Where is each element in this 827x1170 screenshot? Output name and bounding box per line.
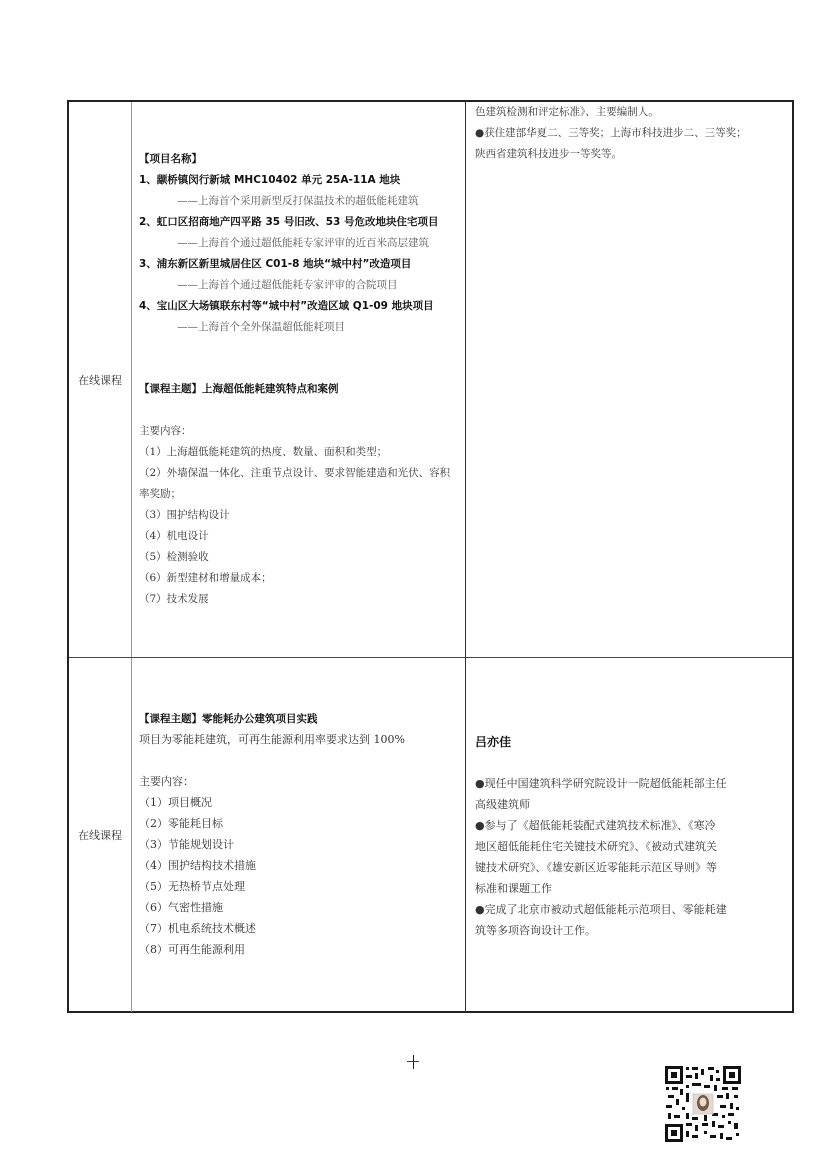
content-item: （7）技术发展 xyxy=(139,589,209,610)
content-item: （4）围护结构技术措施 xyxy=(139,856,256,877)
instructor-cell: 吕亦佳 ●现任中国建筑科学研究院设计一院超低能耗部主任 高级建筑师 ●参与了《超… xyxy=(467,658,794,1012)
instructor-bio-line: 色建筑检测和评定标准》、主要编制人。 xyxy=(475,102,659,123)
document-page: 在线课程 【项目名称】 1、颛桥镇闵行新城 MHC10402 单元 25A-11… xyxy=(0,0,827,1170)
instructor-bio-line: 陕西省建筑科技进步一等奖等。 xyxy=(475,144,622,165)
content-item: （5）检测验收 xyxy=(139,547,209,568)
project-note: ——上海首个通过超低能耗专家评审的合院项目 xyxy=(177,275,398,296)
content-item: （1）项目概况 xyxy=(139,793,212,814)
row-label: 在线课程 xyxy=(69,102,132,657)
course-topic: 【课程主题】上海超低能耗建筑特点和案例 xyxy=(139,379,339,400)
instructor-bio-line: 标准和课题工作 xyxy=(475,879,552,900)
project-note: ——上海首个全外保温超低能耗项目 xyxy=(177,317,345,338)
content-item: 率奖励； xyxy=(139,484,181,505)
content-item: （4）机电设计 xyxy=(139,526,209,547)
qr-code-icon[interactable] xyxy=(664,1065,742,1143)
content-heading: 主要内容： xyxy=(139,421,192,442)
instructor-bio-line: ●参与了《超低能耗装配式建筑技术标准》、《寒冷 xyxy=(475,816,716,837)
content-heading: 主要内容： xyxy=(139,772,194,793)
instructor-bio-line: ●完成了北京市被动式超低能耗示范项目、零能耗建 xyxy=(475,900,727,921)
table-row: 在线课程 【项目名称】 1、颛桥镇闵行新城 MHC10402 单元 25A-11… xyxy=(69,102,792,657)
content-item: （6）气密性措施 xyxy=(139,898,223,919)
instructor-bio-line: 地区超低能耗住宅关键技术研究》、《被动式建筑关 xyxy=(475,837,717,858)
project-title: 2、虹口区招商地产四平路 35 号旧改、53 号危改地块住宅项目 xyxy=(139,212,439,233)
project-note: ——上海首个采用新型反打保温技术的超低能耗建筑 xyxy=(177,191,419,212)
content-item: （1）上海超低能耗建筑的热度、数量、面积和类型； xyxy=(139,442,387,463)
course-details-cell: 【课程主题】零能耗办公建筑项目实践 项目为零能耗建筑，可再生能源利用率要求达到 … xyxy=(133,658,466,1012)
project-title: 1、颛桥镇闵行新城 MHC10402 单元 25A-11A 地块 xyxy=(139,170,400,191)
content-item: （6）新型建材和增量成本； xyxy=(139,568,272,589)
content-item: （8）可再生能源利用 xyxy=(139,940,245,961)
row-label: 在线课程 xyxy=(69,658,132,1012)
content-item: （2）零能耗目标 xyxy=(139,814,223,835)
content-item: （2）外墙保温一体化、注重节点设计、要求智能建造和光伏、容积 xyxy=(139,463,450,484)
course-description: 项目为零能耗建筑，可再生能源利用率要求达到 100% xyxy=(139,730,405,751)
instructor-bio-line: 高级建筑师 xyxy=(475,795,530,816)
course-details-cell: 【项目名称】 1、颛桥镇闵行新城 MHC10402 单元 25A-11A 地块 … xyxy=(133,102,466,657)
instructor-bio-line: 键技术研究》、《雄安新区近零能耗示范区导则》等 xyxy=(475,858,717,879)
project-note: ——上海首个通过超低能耗专家评审的近百米高层建筑 xyxy=(177,233,429,254)
plus-mark-icon xyxy=(407,1055,419,1069)
instructor-bio-line: 筑等多项咨询设计工作。 xyxy=(475,921,596,942)
project-title: 3、浦东新区新里城居住区 C01-8 地块“城中村”改造项目 xyxy=(139,254,411,275)
instructor-bio-line: ●获住建部华夏二、三等奖；上海市科技进步二、三等奖； xyxy=(475,123,747,144)
content-item: （5）无热桥节点处理 xyxy=(139,877,245,898)
course-topic: 【课程主题】零能耗办公建筑项目实践 xyxy=(139,709,318,730)
project-title: 4、宝山区大场镇联东村等“城中村”改造区域 Q1-09 地块项目 xyxy=(139,296,434,317)
content-item: （7）机电系统技术概述 xyxy=(139,919,256,940)
instructor-cell: 色建筑检测和评定标准》、主要编制人。 ●获住建部华夏二、三等奖；上海市科技进步二… xyxy=(467,102,794,657)
content-item: （3）围护结构设计 xyxy=(139,505,230,526)
table-row: 在线课程 【课程主题】零能耗办公建筑项目实践 项目为零能耗建筑，可再生能源利用率… xyxy=(69,657,792,1012)
instructor-name: 吕亦佳 xyxy=(475,732,511,753)
projects-heading: 【项目名称】 xyxy=(139,149,202,170)
instructor-bio-line: ●现任中国建筑科学研究院设计一院超低能耗部主任 xyxy=(475,774,727,795)
course-table: 在线课程 【项目名称】 1、颛桥镇闵行新城 MHC10402 单元 25A-11… xyxy=(67,100,794,1013)
content-item: （3）节能规划设计 xyxy=(139,835,234,856)
